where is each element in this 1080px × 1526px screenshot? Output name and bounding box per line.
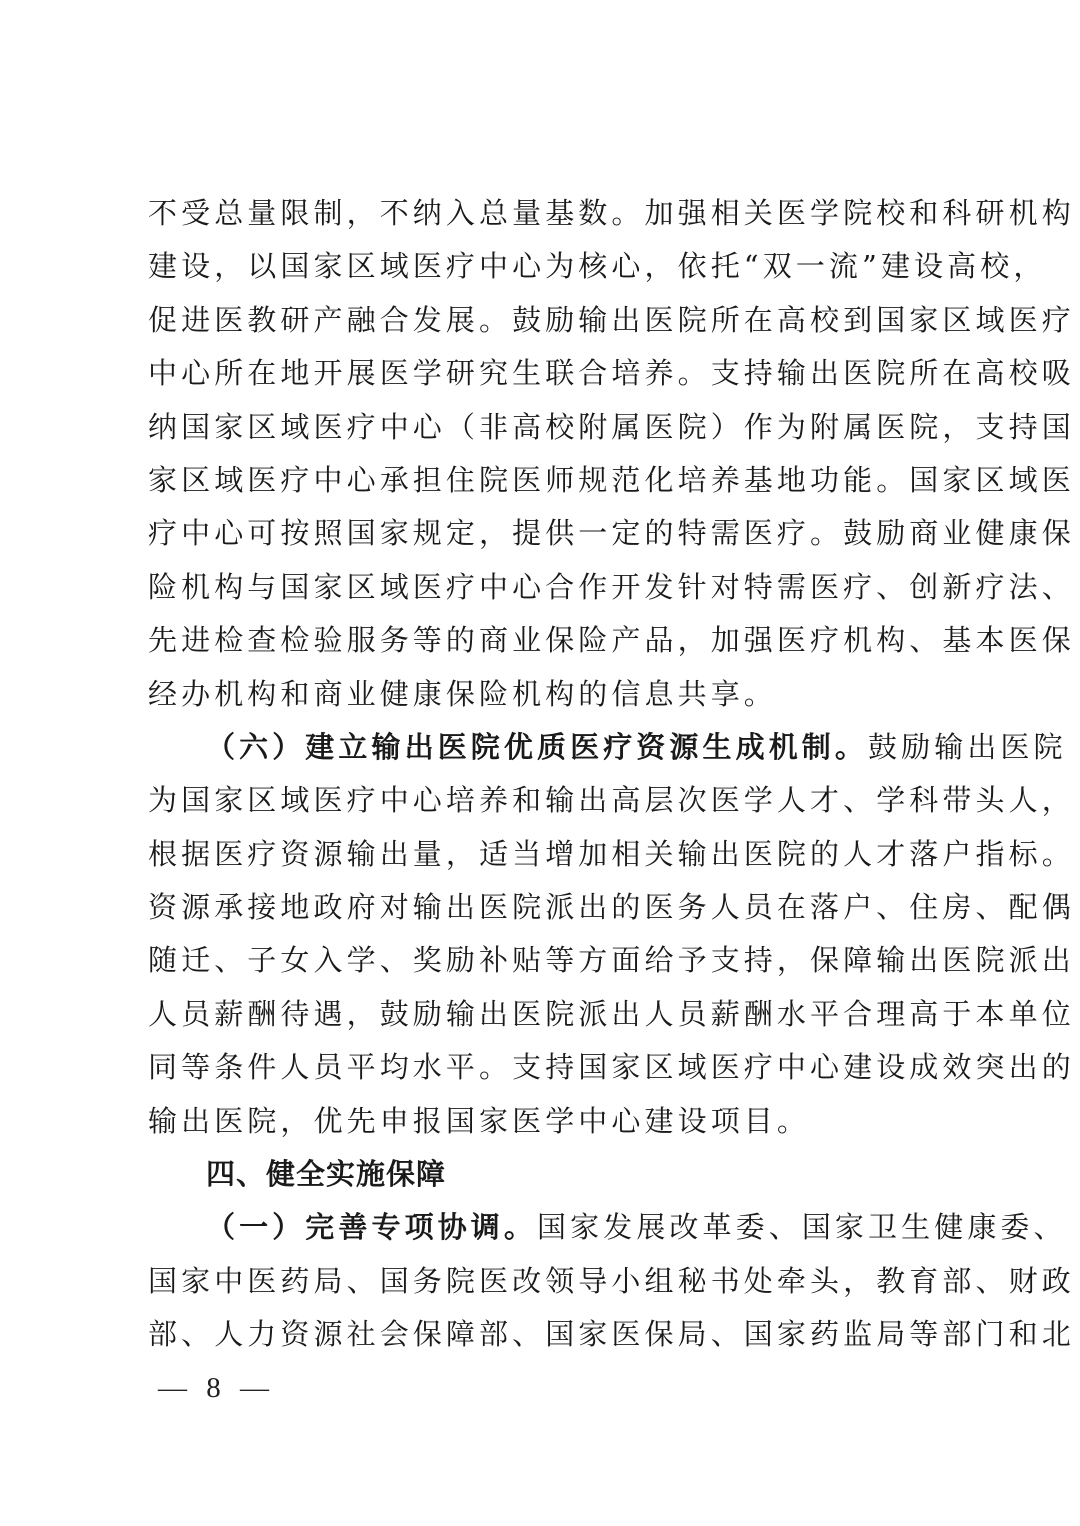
text-line: （一）完善专项协调。国家发展改革委、国家卫生健康委、 bbox=[148, 1201, 936, 1254]
text-line: 纳国家区域医疗中心（非高校附属医院）作为附属医院，支持国 bbox=[148, 401, 936, 454]
section-lead-rest: 国家发展改革委、国家卫生健康委、 bbox=[537, 1210, 1067, 1244]
body-text: 不受总量限制，不纳入总量基数。加强相关医学院校和科研机构 建设，以国家区域医疗中… bbox=[148, 187, 936, 1362]
text-line: （六）建立输出医院优质医疗资源生成机制。鼓励输出医院 bbox=[148, 721, 936, 774]
document-page: 不受总量限制，不纳入总量基数。加强相关医学院校和科研机构 建设，以国家区域医疗中… bbox=[0, 0, 1080, 1526]
section-lead-title: （一）完善专项协调。 bbox=[206, 1210, 537, 1244]
text-line: 国家中医药局、国务院医改领导小组秘书处牵头，教育部、财政 bbox=[148, 1255, 936, 1308]
text-line: 疗中心可按照国家规定，提供一定的特需医疗。鼓励商业健康保 bbox=[148, 507, 936, 560]
text-line: 资源承接地政府对输出医院派出的医务人员在落户、住房、配偶 bbox=[148, 881, 936, 934]
text-line: 促进医教研产融合发展。鼓励输出医院所在高校到国家区域医疗 bbox=[148, 294, 936, 347]
text-line: 先进检查检验服务等的商业保险产品，加强医疗机构、基本医保 bbox=[148, 614, 936, 667]
paragraph-continued: 不受总量限制，不纳入总量基数。加强相关医学院校和科研机构 建设，以国家区域医疗中… bbox=[148, 187, 936, 721]
text-line: 家区域医疗中心承担住院医师规范化培养基地功能。国家区域医 bbox=[148, 454, 936, 507]
text-line: 同等条件人员平均水平。支持国家区域医疗中心建设成效突出的 bbox=[148, 1041, 936, 1094]
text-line: 随迁、子女入学、奖励补贴等方面给予支持，保障输出医院派出 bbox=[148, 934, 936, 987]
text-line: 险机构与国家区域医疗中心合作开发针对特需医疗、创新疗法、 bbox=[148, 561, 936, 614]
paragraph-section-4-1: （一）完善专项协调。国家发展改革委、国家卫生健康委、 国家中医药局、国务院医改领… bbox=[148, 1201, 936, 1361]
section-lead-rest: 鼓励输出医院 bbox=[868, 730, 1067, 764]
section-heading: 四、健全实施保障 bbox=[148, 1148, 936, 1201]
text-line: 部、人力资源社会保障部、国家医保局、国家药监局等部门和北 bbox=[148, 1308, 936, 1361]
text-line: 输出医院，优先申报国家医学中心建设项目。 bbox=[148, 1095, 936, 1148]
heading-4: 四、健全实施保障 bbox=[148, 1148, 936, 1201]
text-line: 经办机构和商业健康保险机构的信息共享。 bbox=[148, 668, 936, 721]
text-line: 建设，以国家区域医疗中心为核心，依托“双一流”建设高校， bbox=[148, 240, 936, 293]
text-line: 为国家区域医疗中心培养和输出高层次医学人才、学科带头人， bbox=[148, 774, 936, 827]
text-line: 不受总量限制，不纳入总量基数。加强相关医学院校和科研机构 bbox=[148, 187, 936, 240]
paragraph-section-6: （六）建立输出医院优质医疗资源生成机制。鼓励输出医院 为国家区域医疗中心培养和输… bbox=[148, 721, 936, 1148]
section-lead-title: （六）建立输出医院优质医疗资源生成机制。 bbox=[206, 730, 868, 764]
text-line: 人员薪酬待遇，鼓励输出医院派出人员薪酬水平合理高于本单位 bbox=[148, 988, 936, 1041]
page-number: — 8 — bbox=[158, 1368, 275, 1408]
text-line: 中心所在地开展医学研究生联合培养。支持输出医院所在高校吸 bbox=[148, 347, 936, 400]
text-line: 根据医疗资源输出量，适当增加相关输出医院的人才落户指标。 bbox=[148, 828, 936, 881]
